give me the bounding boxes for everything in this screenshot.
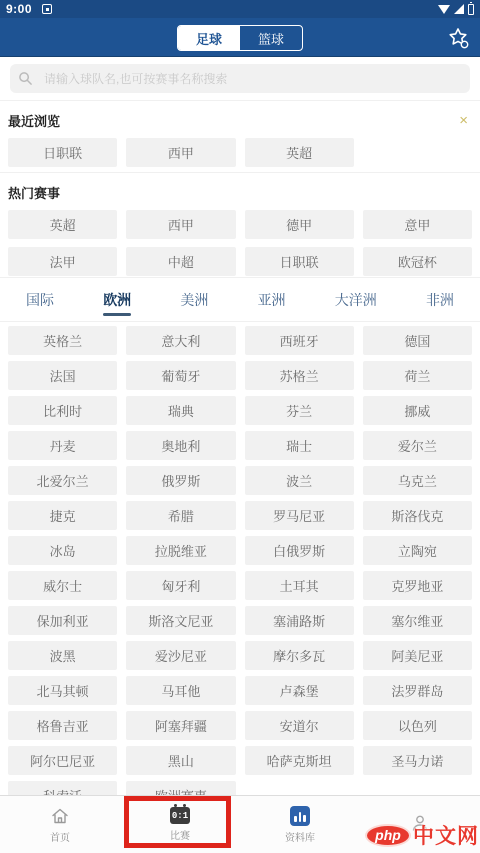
battery-icon bbox=[468, 4, 474, 15]
hot-league-chip[interactable]: 法甲 bbox=[8, 247, 117, 276]
country-chip[interactable]: 北爱尔兰 bbox=[8, 466, 117, 495]
country-chip[interactable]: 立陶宛 bbox=[363, 536, 472, 565]
country-chip[interactable]: 法罗群岛 bbox=[363, 676, 472, 705]
country-chip[interactable]: 安道尔 bbox=[245, 711, 354, 740]
country-chip[interactable]: 瑞典 bbox=[126, 396, 235, 425]
country-chip[interactable]: 葡萄牙 bbox=[126, 361, 235, 390]
country-chip[interactable]: 乌克兰 bbox=[363, 466, 472, 495]
country-chip[interactable]: 比利时 bbox=[8, 396, 117, 425]
country-chip[interactable]: 丹麦 bbox=[8, 431, 117, 460]
wifi-icon bbox=[438, 5, 450, 14]
region-tab-africa[interactable]: 非洲 bbox=[426, 280, 454, 320]
country-chip[interactable]: 波黑 bbox=[8, 641, 117, 670]
country-chip[interactable]: 克罗地亚 bbox=[363, 571, 472, 600]
favorites-star-icon[interactable] bbox=[446, 26, 470, 50]
country-chip[interactable]: 阿美尼亚 bbox=[363, 641, 472, 670]
status-time: 9:00 bbox=[6, 2, 32, 16]
recent-league-chip[interactable]: 英超 bbox=[245, 138, 354, 167]
country-chip[interactable]: 斯洛文尼亚 bbox=[126, 606, 235, 635]
country-chip[interactable]: 塞浦路斯 bbox=[245, 606, 354, 635]
country-chip[interactable]: 马耳他 bbox=[126, 676, 235, 705]
region-tab-europe[interactable]: 欧洲 bbox=[103, 280, 131, 320]
country-chip[interactable]: 德国 bbox=[363, 326, 472, 355]
country-chip[interactable]: 希腊 bbox=[126, 501, 235, 530]
country-chip[interactable]: 土耳其 bbox=[245, 571, 354, 600]
php-logo: php bbox=[365, 824, 411, 847]
status-bar: 9:00 bbox=[0, 0, 480, 18]
country-chip[interactable]: 冰岛 bbox=[8, 536, 117, 565]
country-chip[interactable]: 爱沙尼亚 bbox=[126, 641, 235, 670]
recent-league-chip[interactable]: 日职联 bbox=[8, 138, 117, 167]
country-chip[interactable]: 卢森堡 bbox=[245, 676, 354, 705]
hot-title: 热门赛事 bbox=[8, 183, 60, 202]
country-chip[interactable]: 塞尔维亚 bbox=[363, 606, 472, 635]
sport-toggle: 足球 篮球 bbox=[177, 25, 303, 51]
nav-item-home[interactable]: 首页 bbox=[0, 796, 120, 853]
notification-icon bbox=[42, 4, 52, 14]
country-chip[interactable]: 保加利亚 bbox=[8, 606, 117, 635]
region-tab-international[interactable]: 国际 bbox=[26, 280, 54, 320]
country-chip[interactable]: 以色列 bbox=[363, 711, 472, 740]
country-chip[interactable]: 匈牙利 bbox=[126, 571, 235, 600]
country-chip[interactable]: 白俄罗斯 bbox=[245, 536, 354, 565]
home-icon bbox=[50, 806, 70, 826]
country-chip[interactable]: 圣马力诺 bbox=[363, 746, 472, 775]
tab-basketball[interactable]: 篮球 bbox=[240, 26, 302, 50]
nav-item-database[interactable]: 资料库 bbox=[240, 796, 360, 853]
close-icon[interactable]: × bbox=[457, 113, 470, 128]
hot-league-chip[interactable]: 意甲 bbox=[363, 210, 472, 239]
region-tabs: 国际 欧洲 美洲 亚洲 大洋洲 非洲 bbox=[0, 277, 480, 321]
hot-league-chip[interactable]: 英超 bbox=[8, 210, 117, 239]
country-list: 英格兰意大利西班牙德国法国葡萄牙苏格兰荷兰比利时瑞典芬兰挪威丹麦奥地利瑞士爱尔兰… bbox=[0, 326, 480, 810]
watermark-text: 中文网 bbox=[413, 820, 479, 850]
nav-label-home: 首页 bbox=[50, 829, 70, 844]
country-chip[interactable]: 西班牙 bbox=[245, 326, 354, 355]
country-chip[interactable]: 爱尔兰 bbox=[363, 431, 472, 460]
nav-item-matches[interactable]: 0:1 比赛 bbox=[120, 796, 240, 853]
region-tab-asia[interactable]: 亚洲 bbox=[258, 280, 286, 320]
country-chip[interactable]: 拉脱维亚 bbox=[126, 536, 235, 565]
country-chip[interactable]: 意大利 bbox=[126, 326, 235, 355]
country-chip[interactable]: 英格兰 bbox=[8, 326, 117, 355]
country-chip[interactable]: 俄罗斯 bbox=[126, 466, 235, 495]
country-chip[interactable]: 斯洛伐克 bbox=[363, 501, 472, 530]
country-chip[interactable]: 威尔士 bbox=[8, 571, 117, 600]
search-bar bbox=[0, 57, 480, 100]
country-chip[interactable]: 挪威 bbox=[363, 396, 472, 425]
app-screen: 9:00 足球 篮球 最近浏览 × bbox=[0, 0, 480, 853]
country-section: 英格兰意大利西班牙德国法国葡萄牙苏格兰荷兰比利时瑞典芬兰挪威丹麦奥地利瑞士爱尔兰… bbox=[0, 321, 480, 853]
country-chip[interactable]: 波兰 bbox=[245, 466, 354, 495]
hot-league-chip[interactable]: 中超 bbox=[126, 247, 235, 276]
php-cn-watermark: php 中文网 bbox=[365, 820, 479, 850]
search-input[interactable] bbox=[10, 64, 470, 93]
country-chip[interactable]: 阿塞拜疆 bbox=[126, 711, 235, 740]
recent-league-chip[interactable]: 西甲 bbox=[126, 138, 235, 167]
nav-label-matches: 比赛 bbox=[170, 827, 190, 842]
country-chip[interactable]: 苏格兰 bbox=[245, 361, 354, 390]
hot-league-chip[interactable]: 日职联 bbox=[245, 247, 354, 276]
recent-title: 最近浏览 bbox=[8, 111, 60, 130]
country-chip[interactable]: 奥地利 bbox=[126, 431, 235, 460]
hot-league-chip[interactable]: 德甲 bbox=[245, 210, 354, 239]
country-chip[interactable]: 阿尔巴尼亚 bbox=[8, 746, 117, 775]
country-chip[interactable]: 捷克 bbox=[8, 501, 117, 530]
country-chip[interactable]: 哈萨克斯坦 bbox=[245, 746, 354, 775]
database-chart-icon bbox=[290, 806, 310, 826]
hot-league-chip[interactable]: 欧冠杯 bbox=[363, 247, 472, 276]
country-chip[interactable]: 摩尔多瓦 bbox=[245, 641, 354, 670]
country-chip[interactable]: 北马其顿 bbox=[8, 676, 117, 705]
country-chip[interactable]: 荷兰 bbox=[363, 361, 472, 390]
app-header: 足球 篮球 bbox=[0, 18, 480, 57]
tab-football[interactable]: 足球 bbox=[178, 26, 240, 50]
country-chip[interactable]: 格鲁吉亚 bbox=[8, 711, 117, 740]
nav-label-database: 资料库 bbox=[285, 829, 315, 844]
recent-section: 最近浏览 × 日职联西甲英超 bbox=[0, 100, 480, 172]
region-tab-americas[interactable]: 美洲 bbox=[180, 280, 208, 320]
country-chip[interactable]: 瑞士 bbox=[245, 431, 354, 460]
hot-list: 英超西甲德甲意甲法甲中超日职联欧冠杯 bbox=[0, 210, 480, 276]
recent-list: 日职联西甲英超 bbox=[0, 138, 480, 167]
country-chip[interactable]: 罗马尼亚 bbox=[245, 501, 354, 530]
region-tab-oceania[interactable]: 大洋洲 bbox=[335, 280, 377, 320]
match-scoreboard-icon: 0:1 bbox=[170, 807, 190, 824]
country-chip[interactable]: 芬兰 bbox=[245, 396, 354, 425]
signal-icon bbox=[454, 4, 464, 14]
country-chip[interactable]: 黑山 bbox=[126, 746, 235, 775]
country-chip[interactable]: 法国 bbox=[8, 361, 117, 390]
hot-section: 热门赛事 英超西甲德甲意甲法甲中超日职联欧冠杯 bbox=[0, 172, 480, 277]
hot-league-chip[interactable]: 西甲 bbox=[126, 210, 235, 239]
